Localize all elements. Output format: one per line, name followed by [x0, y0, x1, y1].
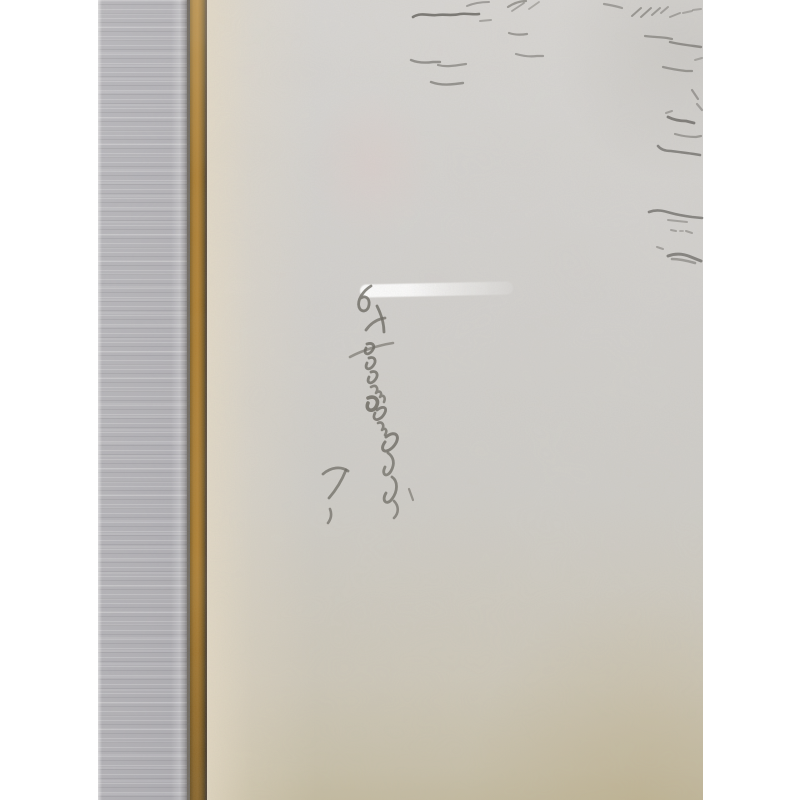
photo-page	[0, 0, 800, 800]
drawing-paper	[207, 0, 703, 800]
picture-frame-molding	[98, 0, 187, 800]
framed-artwork-photo	[98, 0, 703, 800]
gold-fillet-strip	[190, 0, 207, 800]
